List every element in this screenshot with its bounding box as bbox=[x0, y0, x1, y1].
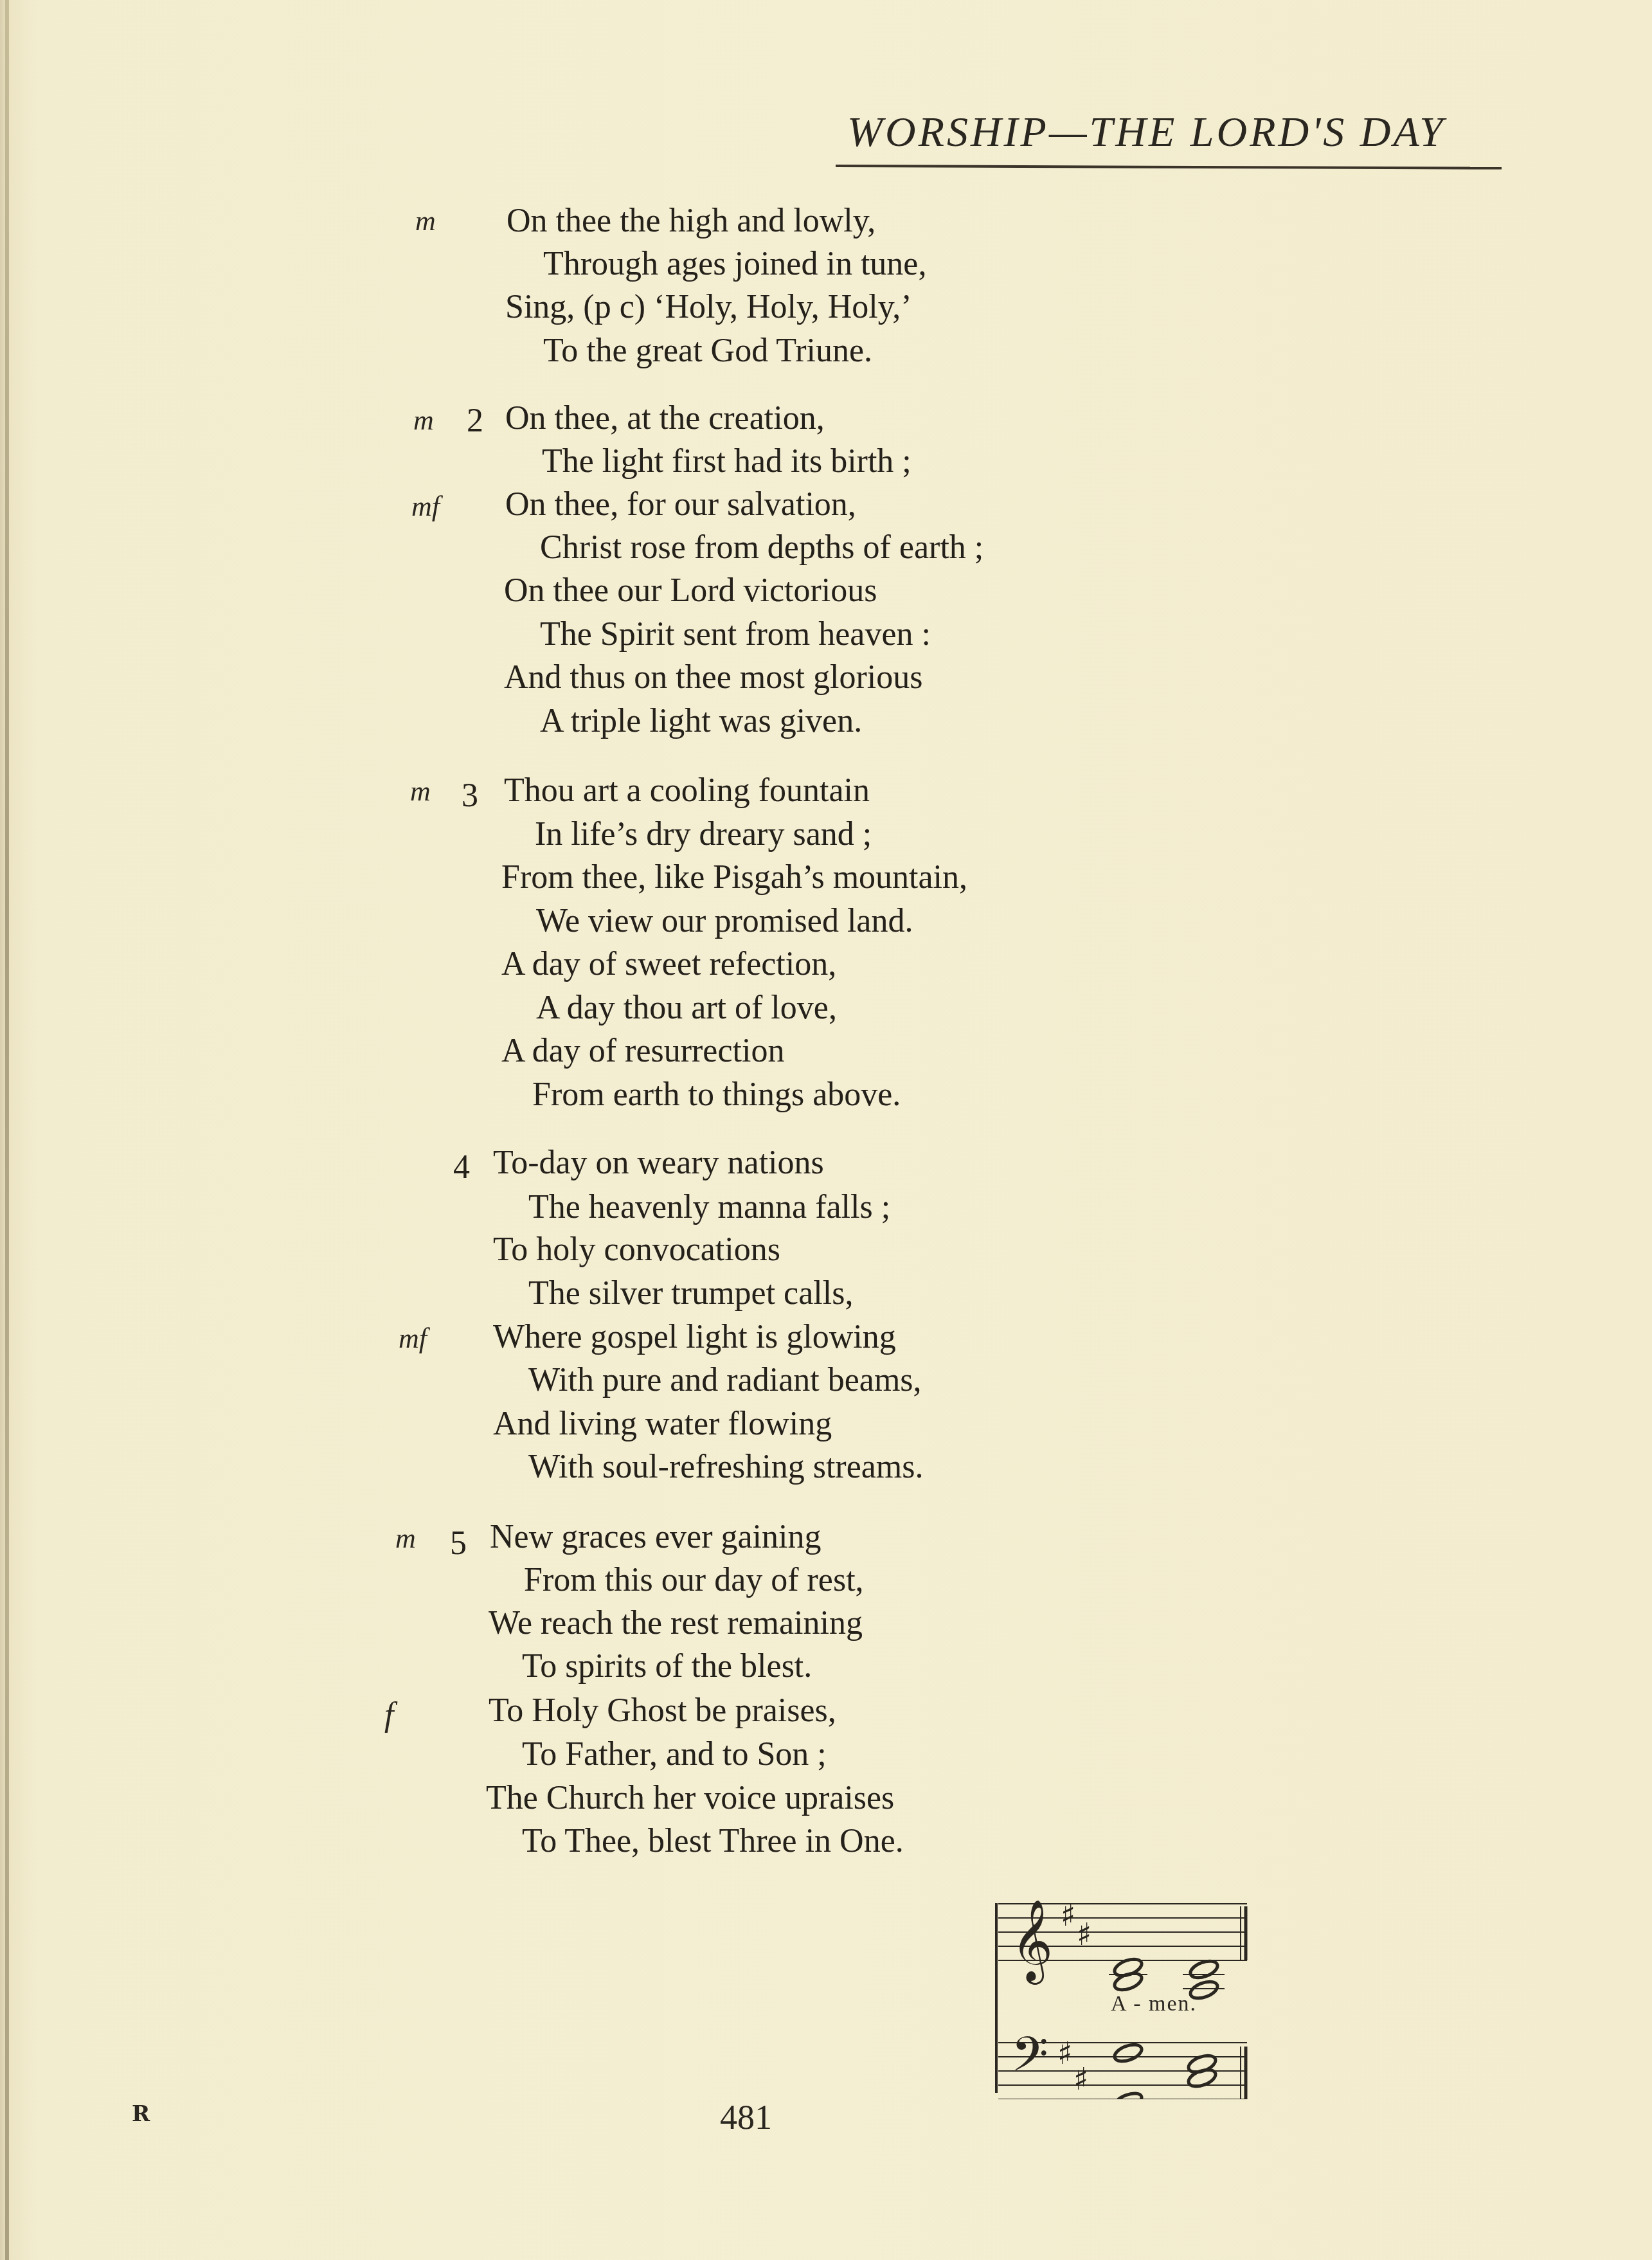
hymn-line: We reach the rest remaining bbox=[489, 1607, 863, 1640]
hymn-line: From thee, like Pisgah’s mountain, bbox=[501, 861, 967, 894]
sharp-icon: ♯ bbox=[1073, 2061, 1088, 2097]
bass-clef-icon: 𝄢 bbox=[1011, 2027, 1048, 2094]
amen-lyric: A - men. bbox=[1111, 1992, 1197, 2016]
hymn-line: And living water flowing bbox=[493, 1407, 832, 1441]
hymn-line: From this our day of rest, bbox=[524, 1564, 864, 1597]
hymn-line: On thee, at the creation, bbox=[505, 402, 825, 435]
dynamic-marking: m bbox=[410, 775, 431, 808]
hymn-line: With pure and radiant beams, bbox=[528, 1364, 922, 1397]
dynamic-marking: m bbox=[395, 1522, 416, 1555]
hymn-line: To Thee, blest Three in One. bbox=[522, 1825, 904, 1858]
dynamic-marking: f bbox=[384, 1696, 393, 1734]
header-rule bbox=[836, 165, 1502, 170]
hymn-line: And thus on thee most glorious bbox=[504, 661, 922, 694]
hymn-line: On thee, for our salvation, bbox=[505, 488, 856, 521]
sharp-icon: ♯ bbox=[1077, 1917, 1091, 1953]
hymn-line: Through ages joined in tune, bbox=[543, 248, 926, 281]
hymn-line: The Church her voice upraises bbox=[486, 1782, 894, 1815]
hymn-line: On thee the high and lowly, bbox=[507, 204, 875, 238]
dynamic-marking: m bbox=[415, 204, 436, 237]
hymn-line: A day of resurrection bbox=[501, 1035, 784, 1068]
hymn-line: The light first had its birth ; bbox=[542, 445, 911, 478]
sharp-icon: ♯ bbox=[1061, 1897, 1075, 1933]
hymn-line: On thee our Lord victorious bbox=[504, 574, 877, 608]
hymn-line: We view our promised land. bbox=[536, 905, 913, 938]
stanza-number: 2 bbox=[467, 402, 483, 440]
hymn-line: The heavenly manna falls ; bbox=[528, 1191, 890, 1224]
stanza-number: 3 bbox=[462, 777, 478, 815]
hymn-line: To spirits of the blest. bbox=[522, 1650, 812, 1683]
hymn-line: To Father, and to Son ; bbox=[522, 1738, 827, 1771]
hymn-line: To holy convocations bbox=[493, 1233, 780, 1267]
hymn-line: With soul-refreshing streams. bbox=[528, 1451, 924, 1484]
signature-mark: R bbox=[132, 2101, 150, 2127]
hymn-line: Sing, (p c) ‘Holy, Holy, Holy,’ bbox=[505, 291, 912, 324]
hymn-line: Christ rose from depths of earth ; bbox=[540, 531, 983, 565]
book-page: WORSHIP—THE LORD'S DAY m On thee the hig… bbox=[0, 0, 1652, 2260]
hymn-line: The Spirit sent from heaven : bbox=[540, 618, 931, 651]
treble-clef-icon: 𝄞 bbox=[1011, 1899, 1053, 1985]
dynamic-marking: m bbox=[413, 404, 434, 437]
hymn-line: The silver trumpet calls, bbox=[528, 1277, 853, 1310]
hymn-line: From earth to things above. bbox=[532, 1078, 901, 1112]
hymn-line: To the great God Triune. bbox=[543, 334, 872, 368]
hymn-line: Where gospel light is glowing bbox=[493, 1321, 896, 1354]
dynamic-marking: mf bbox=[399, 1322, 427, 1355]
hymn-line: To Holy Ghost be praises, bbox=[489, 1694, 836, 1728]
page-gutter-edge bbox=[5, 0, 9, 2260]
stanza-number: 4 bbox=[453, 1148, 470, 1186]
stanza-number: 5 bbox=[450, 1524, 467, 1562]
hymn-line: In life’s dry dreary sand ; bbox=[535, 818, 872, 851]
hymn-line: To-day on weary nations bbox=[493, 1146, 824, 1180]
hymn-line: A triple light was given. bbox=[540, 705, 862, 738]
sharp-icon: ♯ bbox=[1057, 2036, 1072, 2072]
running-title: WORSHIP—THE LORD'S DAY bbox=[847, 108, 1446, 157]
hymn-line: Thou art a cooling fountain bbox=[504, 774, 870, 808]
page-number: 481 bbox=[720, 2097, 772, 2137]
hymn-line: A day of sweet refection, bbox=[501, 948, 836, 981]
hymn-line: New graces ever gaining bbox=[490, 1521, 821, 1554]
dynamic-marking: mf bbox=[411, 490, 440, 523]
hymn-line: A day thou art of love, bbox=[536, 991, 837, 1025]
